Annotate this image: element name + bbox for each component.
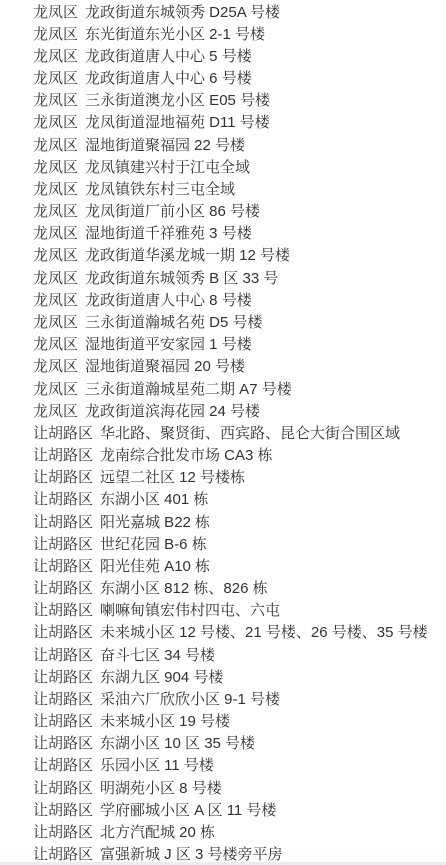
address-text: 东湖小区 401 栋 bbox=[100, 488, 208, 509]
address-text: 世纪花园 B-6 栋 bbox=[100, 533, 207, 554]
address-list-item: 龙凤区 龙凤街道厂前小区 86 号楼 bbox=[0, 200, 446, 222]
address-list-item: 让胡路区 华北路、聚贤街、西宾路、昆仑大街合围区域 bbox=[0, 421, 446, 443]
district-label: 让胡路区 bbox=[33, 444, 93, 465]
district-label: 龙凤区 bbox=[33, 156, 78, 177]
address-text: 富强新城 J 区 3 号楼旁平房 bbox=[100, 843, 283, 864]
district-label: 龙凤区 bbox=[33, 111, 78, 132]
address-text: 阳光佳苑 A10 栋 bbox=[100, 555, 210, 576]
address-list-item: 让胡路区 采油六厂欣欣小区 9-1 号楼 bbox=[0, 687, 446, 709]
address-text: 乐园小区 11 号楼 bbox=[100, 754, 214, 775]
address-text: 学府郦城小区 A 区 11 号楼 bbox=[100, 799, 276, 820]
district-label: 龙凤区 bbox=[33, 244, 78, 265]
district-label: 让胡路区 bbox=[33, 577, 93, 598]
address-text: 龙政街道华溪龙城一期 12 号楼 bbox=[85, 244, 290, 265]
address-text: 明湖苑小区 8 号楼 bbox=[100, 777, 222, 798]
address-list-item: 让胡路区 明湖苑小区 8 号楼 bbox=[0, 776, 446, 798]
district-label: 让胡路区 bbox=[33, 599, 93, 620]
address-text: 华北路、聚贤街、西宾路、昆仑大街合围区域 bbox=[100, 422, 400, 443]
address-list-item: 让胡路区 未来城小区 19 号楼 bbox=[0, 710, 446, 732]
address-text: 龙政街道滨海花园 24 号楼 bbox=[85, 400, 260, 421]
address-text: 喇嘛甸镇宏伟村四屯、六屯 bbox=[100, 599, 280, 620]
district-label: 龙凤区 bbox=[33, 289, 78, 310]
address-list-item: 龙凤区 三永街道澳龙小区 E05 号楼 bbox=[0, 89, 446, 111]
district-label: 让胡路区 bbox=[33, 821, 93, 842]
address-text: 龙政街道东城领秀 B 区 33 号 bbox=[85, 267, 278, 288]
address-list-item: 让胡路区 东湖九区 904 号楼 bbox=[0, 665, 446, 687]
district-label: 让胡路区 bbox=[33, 555, 93, 576]
district-label: 龙凤区 bbox=[33, 134, 78, 155]
address-text: 龙政街道唐人中心 5 号楼 bbox=[85, 45, 252, 66]
address-list-item: 让胡路区 远望二社区 12 号楼栋 bbox=[0, 466, 446, 488]
address-list-item: 龙凤区 龙凤镇建兴村于江屯全域 bbox=[0, 155, 446, 177]
district-label: 让胡路区 bbox=[33, 666, 93, 687]
address-text: 未来城小区 12 号楼、21 号楼、26 号楼、35 号楼 bbox=[100, 621, 428, 642]
address-list-item: 龙凤区 龙政街道东城领秀 D25A 号楼 bbox=[0, 0, 446, 22]
address-text: 湿地街道千祥雅苑 3 号楼 bbox=[85, 222, 252, 243]
address-text: 三永街道澳龙小区 E05 号楼 bbox=[85, 89, 270, 110]
address-list-item: 龙凤区 龙政街道滨海花园 24 号楼 bbox=[0, 399, 446, 421]
address-list-item: 让胡路区 世纪花园 B-6 栋 bbox=[0, 532, 446, 554]
address-list-item: 让胡路区 学府郦城小区 A 区 11 号楼 bbox=[0, 798, 446, 820]
address-text: 龙凤镇建兴村于江屯全域 bbox=[85, 156, 250, 177]
district-label: 让胡路区 bbox=[33, 644, 93, 665]
district-label: 龙凤区 bbox=[33, 89, 78, 110]
address-text: 龙政街道唐人中心 6 号楼 bbox=[85, 67, 252, 88]
district-label: 龙凤区 bbox=[33, 45, 78, 66]
district-label: 龙凤区 bbox=[33, 67, 78, 88]
district-label: 让胡路区 bbox=[33, 488, 93, 509]
address-text: 东湖小区 812 栋、826 栋 bbox=[100, 577, 268, 598]
address-list-item: 龙凤区 龙凤镇铁东村三屯全域 bbox=[0, 177, 446, 199]
address-text: 东湖小区 10 区 35 号楼 bbox=[100, 732, 255, 753]
address-text: 东湖九区 904 号楼 bbox=[100, 666, 223, 687]
district-label: 让胡路区 bbox=[33, 710, 93, 731]
district-label: 龙凤区 bbox=[33, 267, 78, 288]
address-list-item: 龙凤区 三永街道瀚城星苑二期 A7 号楼 bbox=[0, 377, 446, 399]
address-list-item: 让胡路区 喇嘛甸镇宏伟村四屯、六屯 bbox=[0, 599, 446, 621]
district-label: 龙凤区 bbox=[33, 23, 78, 44]
address-list-item: 龙凤区 龙政街道华溪龙城一期 12 号楼 bbox=[0, 244, 446, 266]
district-label: 龙凤区 bbox=[33, 178, 78, 199]
address-list-item: 龙凤区 东光街道东光小区 2-1 号楼 bbox=[0, 22, 446, 44]
address-text: 湿地街道聚福园 22 号楼 bbox=[85, 134, 245, 155]
address-text: 远望二社区 12 号楼栋 bbox=[100, 466, 245, 487]
district-label: 让胡路区 bbox=[33, 688, 93, 709]
address-list-item: 龙凤区 湿地街道千祥雅苑 3 号楼 bbox=[0, 222, 446, 244]
address-text: 龙政街道东城领秀 D25A 号楼 bbox=[85, 1, 280, 22]
district-label: 让胡路区 bbox=[33, 466, 93, 487]
address-list-item: 让胡路区 东湖小区 10 区 35 号楼 bbox=[0, 732, 446, 754]
address-text: 采油六厂欣欣小区 9-1 号楼 bbox=[100, 688, 280, 709]
address-list-item: 让胡路区 未来城小区 12 号楼、21 号楼、26 号楼、35 号楼 bbox=[0, 621, 446, 643]
district-label: 龙凤区 bbox=[33, 222, 78, 243]
district-label: 龙凤区 bbox=[33, 400, 78, 421]
address-text: 三永街道瀚城名苑 D5 号楼 bbox=[85, 311, 263, 332]
district-label: 让胡路区 bbox=[33, 843, 93, 864]
address-list[interactable]: 龙凤区 龙政街道东城领秀 D25A 号楼 龙凤区 东光街道东光小区 2-1 号楼… bbox=[0, 0, 446, 865]
address-text: 龙凤街道湿地福苑 D11 号楼 bbox=[85, 111, 270, 132]
address-text: 龙政街道唐人中心 8 号楼 bbox=[85, 289, 252, 310]
district-label: 龙凤区 bbox=[33, 333, 78, 354]
address-text: 湿地街道聚福园 20 号楼 bbox=[85, 355, 245, 376]
address-list-item: 让胡路区 乐园小区 11 号楼 bbox=[0, 754, 446, 776]
district-label: 让胡路区 bbox=[33, 777, 93, 798]
address-list-item: 龙凤区 龙政街道东城领秀 B 区 33 号 bbox=[0, 266, 446, 288]
address-list-item: 龙凤区 龙政街道唐人中心 5 号楼 bbox=[0, 44, 446, 66]
address-text: 龙凤街道厂前小区 86 号楼 bbox=[85, 200, 260, 221]
address-list-item: 龙凤区 龙凤街道湿地福苑 D11 号楼 bbox=[0, 111, 446, 133]
address-list-item: 让胡路区 东湖小区 401 栋 bbox=[0, 488, 446, 510]
district-label: 让胡路区 bbox=[33, 732, 93, 753]
address-list-item: 让胡路区 阳光佳苑 A10 栋 bbox=[0, 554, 446, 576]
address-list-item: 让胡路区 阳光嘉城 B22 栋 bbox=[0, 510, 446, 532]
district-label: 龙凤区 bbox=[33, 378, 78, 399]
address-list-item: 让胡路区 奋斗七区 34 号楼 bbox=[0, 643, 446, 665]
address-text: 三永街道瀚城星苑二期 A7 号楼 bbox=[85, 378, 292, 399]
district-label: 龙凤区 bbox=[33, 1, 78, 22]
address-text: 龙凤镇铁东村三屯全域 bbox=[85, 178, 235, 199]
address-list-item: 龙凤区 湿地街道聚福园 20 号楼 bbox=[0, 355, 446, 377]
district-label: 让胡路区 bbox=[33, 621, 93, 642]
address-list-item: 让胡路区 东湖小区 812 栋、826 栋 bbox=[0, 576, 446, 598]
district-label: 让胡路区 bbox=[33, 799, 93, 820]
address-text: 龙南综合批发市场 CA3 栋 bbox=[100, 444, 273, 465]
address-list-item: 龙凤区 龙政街道唐人中心 8 号楼 bbox=[0, 288, 446, 310]
address-text: 东光街道东光小区 2-1 号楼 bbox=[85, 23, 265, 44]
district-label: 让胡路区 bbox=[33, 422, 93, 443]
address-text: 北方汽配城 20 栋 bbox=[100, 821, 215, 842]
address-list-item: 让胡路区 北方汽配城 20 栋 bbox=[0, 820, 446, 842]
district-label: 让胡路区 bbox=[33, 511, 93, 532]
address-text: 湿地街道平安家园 1 号楼 bbox=[85, 333, 252, 354]
district-label: 让胡路区 bbox=[33, 533, 93, 554]
address-text: 未来城小区 19 号楼 bbox=[100, 710, 230, 731]
address-list-item: 龙凤区 湿地街道聚福园 22 号楼 bbox=[0, 133, 446, 155]
district-label: 龙凤区 bbox=[33, 200, 78, 221]
address-text: 阳光嘉城 B22 栋 bbox=[100, 511, 210, 532]
address-list-item: 龙凤区 龙政街道唐人中心 6 号楼 bbox=[0, 67, 446, 89]
address-text: 奋斗七区 34 号楼 bbox=[100, 644, 215, 665]
address-list-item: 龙凤区 三永街道瀚城名苑 D5 号楼 bbox=[0, 310, 446, 332]
address-list-item: 龙凤区 湿地街道平安家园 1 号楼 bbox=[0, 333, 446, 355]
address-list-item: 让胡路区 龙南综合批发市场 CA3 栋 bbox=[0, 443, 446, 465]
district-label: 龙凤区 bbox=[33, 355, 78, 376]
district-label: 龙凤区 bbox=[33, 311, 78, 332]
district-label: 让胡路区 bbox=[33, 754, 93, 775]
